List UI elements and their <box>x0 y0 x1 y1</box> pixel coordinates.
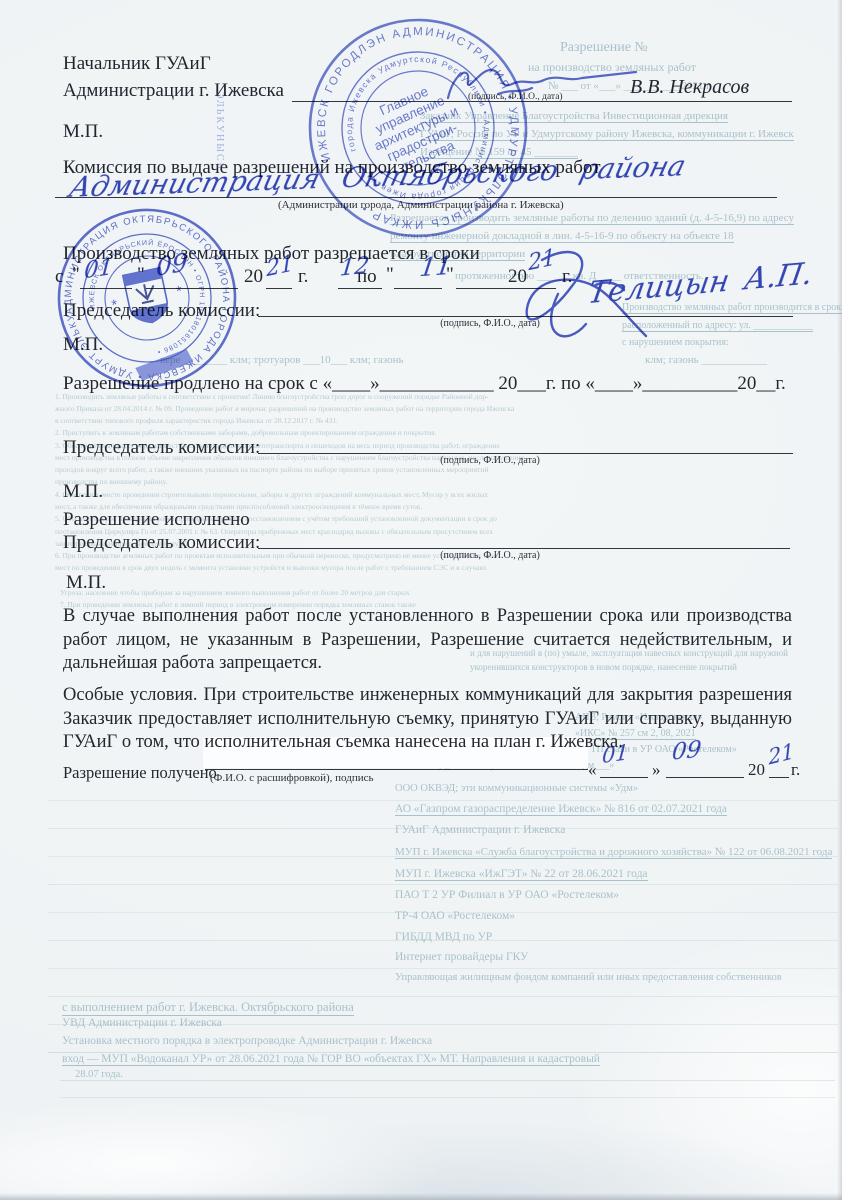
mp-1: М.П. <box>63 121 103 143</box>
chairman-caption-3: (подпись, Ф.И.О., дата) <box>390 550 590 561</box>
chairman-label-2: Председатель комиссии: <box>63 437 260 459</box>
received-short-line <box>562 769 588 770</box>
quote: " <box>137 264 145 286</box>
from-year-slot <box>266 288 292 289</box>
received-quote-close: » <box>652 760 661 780</box>
head-line2: Администрации г. Ижевска <box>63 80 284 102</box>
to-year-slot <box>530 288 556 289</box>
received-label: Разрешение получено <box>63 763 217 783</box>
period-to-label: по <box>357 266 377 288</box>
chairman-signature-line-3 <box>258 548 790 549</box>
chairman-label-1: Председатель комиссии: <box>63 300 260 322</box>
year-20: 20 <box>244 266 263 288</box>
mp-2: М.П. <box>63 334 103 356</box>
period-intro: Производство земляных работ разрешается … <box>63 243 480 265</box>
to-day-slot <box>394 288 442 289</box>
stamp-side-fragment: ЭЛЬКУНЫСЬ <box>214 92 225 170</box>
paragraph-special-conditions: Особые условия. При строительстве инжене… <box>63 684 792 755</box>
chairman-signature-line-1 <box>258 316 793 317</box>
received-quote-open: « <box>588 760 597 780</box>
paragraph-invalid-terms: В случае выполнения работ после установл… <box>63 605 792 676</box>
period-from-label: с <box>55 266 63 288</box>
from-day-slot <box>80 288 132 289</box>
executed-title: Разрешение исполнено <box>63 509 250 531</box>
chairman-signature-line-2 <box>258 453 793 454</box>
received-year-g: г. <box>791 760 800 780</box>
to-day-pre-slot <box>338 288 382 289</box>
received-month-slot <box>666 777 744 778</box>
mp-4: М.П. <box>66 572 106 594</box>
quote: " <box>72 264 80 286</box>
prolong-line: Разрешение продлено на срок с «____»____… <box>63 373 786 395</box>
received-name-line <box>205 769 587 770</box>
commission-title: Комиссия по выдаче разрешений на произво… <box>63 157 601 179</box>
quote: " <box>446 264 454 286</box>
received-day-slot <box>600 777 648 778</box>
chairman-caption-1: (подпись, Ф.И.О., дата) <box>390 318 590 329</box>
year-g: г. <box>562 266 572 288</box>
head-signer-name: В.В. Некрасов <box>630 76 749 99</box>
commission-line <box>55 197 777 198</box>
quote: " <box>386 264 394 286</box>
year-g: г. <box>298 266 308 288</box>
chairman-caption-2: (подпись, Ф.И.О., дата) <box>390 455 590 466</box>
from-month-slot <box>146 288 238 289</box>
year-20: 20 <box>508 266 527 288</box>
received-caption: (Ф.И.О. с расшифровкой), подпись <box>210 772 374 784</box>
received-year-20: 20 <box>748 760 765 780</box>
head-signature-caption: (подпись, Ф.И.О., дата) <box>468 92 563 102</box>
received-year-slot <box>769 777 789 778</box>
commission-caption: (Администрации города, Администрации рай… <box>278 199 564 211</box>
scanned-permit-document: Разрешение №на производство земляных раб… <box>0 0 842 1200</box>
head-line1: Начальник ГУАиГ <box>63 53 211 75</box>
mp-3: М.П. <box>63 481 103 503</box>
chairman-label-3: Председатель комиссии: <box>63 532 260 554</box>
